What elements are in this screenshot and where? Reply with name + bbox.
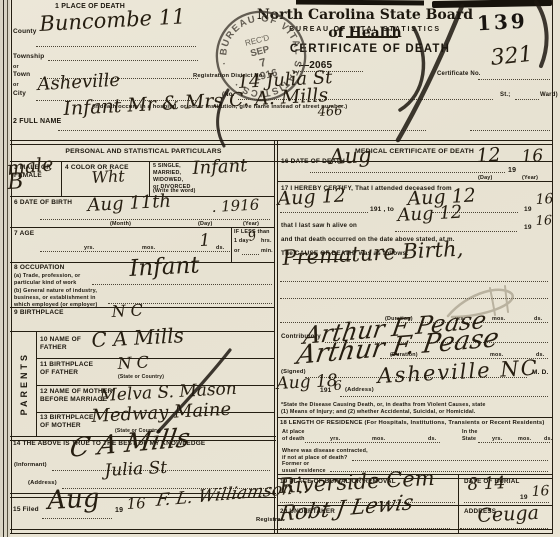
father-name-value: C A Mills bbox=[91, 325, 184, 350]
county-value: Buncombe 11 bbox=[39, 6, 186, 35]
cell-divider bbox=[36, 331, 37, 436]
town-label: Town bbox=[13, 71, 30, 79]
binding-line bbox=[3, 0, 4, 537]
sex-flourish: B bbox=[7, 171, 24, 194]
signed-date-year: 6 bbox=[333, 380, 342, 393]
at-place-label: At place of death bbox=[282, 429, 305, 443]
parents-label-text: PARENTS bbox=[19, 352, 29, 415]
city-label: City bbox=[13, 90, 26, 98]
dotted-line bbox=[310, 172, 505, 173]
residence-label: 18 LENGTH OF RESIDENCE (For Hospitals, I… bbox=[280, 420, 552, 428]
or-label: or bbox=[234, 248, 240, 255]
informant-label: (Informant) bbox=[14, 462, 47, 470]
attended-from-value: Aug 12 bbox=[277, 186, 346, 209]
address-label: (Address) bbox=[345, 387, 374, 395]
marital-label: 5 SINGLE, MARRIED, WIDOWED, or DIVORCED bbox=[153, 163, 191, 191]
dotted-line bbox=[460, 528, 548, 529]
medical-section-header: MEDICAL CERTIFICATE OF DEATH bbox=[276, 148, 553, 157]
st-label: St.; bbox=[500, 92, 510, 100]
dotted-line bbox=[42, 518, 112, 519]
form-bottom-border bbox=[10, 529, 553, 534]
section-divider bbox=[10, 140, 553, 145]
printed-19: 19 bbox=[524, 206, 532, 214]
printed-19: 19 bbox=[508, 166, 516, 175]
binding-line bbox=[7, 0, 8, 537]
date-of-death-month: Aug bbox=[329, 145, 372, 168]
burial-date-value: 8 14 bbox=[467, 475, 506, 494]
mother-birthplace-value: Medway Maine bbox=[91, 401, 232, 426]
occupation-value: Infant bbox=[129, 254, 200, 281]
last-saw-label: that I last saw h alive on bbox=[281, 222, 357, 230]
cell-divider bbox=[458, 474, 459, 533]
dotted-line bbox=[515, 99, 539, 100]
filed-year-value: 16 bbox=[126, 496, 146, 512]
dotted-line bbox=[280, 298, 548, 299]
city-value: Asheville bbox=[37, 72, 120, 94]
page-number-stamp: 139 bbox=[476, 9, 528, 36]
informant-address-value: Julia St bbox=[104, 460, 167, 480]
father-name-label: 10 NAME OF FATHER bbox=[40, 336, 81, 353]
dotted-line bbox=[478, 79, 550, 80]
dob-year-value: . 1916 bbox=[211, 198, 259, 215]
dotted-line bbox=[478, 442, 550, 443]
father-birthplace-value: N C bbox=[117, 354, 149, 372]
printed-191: 191 bbox=[320, 387, 331, 395]
certificate-no-label: Certificate No. bbox=[437, 71, 481, 79]
physician-address-value: Asheville NC bbox=[377, 358, 539, 387]
mother-birthplace-label: 13 BIRTHPLACE OF MOTHER bbox=[40, 414, 94, 431]
cell-divider bbox=[231, 227, 232, 262]
form-right-border bbox=[552, 0, 553, 533]
binding-edge bbox=[0, 0, 10, 537]
dotted-line bbox=[280, 528, 450, 529]
ds-label: ds. bbox=[216, 245, 224, 252]
ward-label: Ward) bbox=[540, 92, 558, 100]
dob-value: Aug 11th bbox=[87, 193, 171, 215]
dotted-line bbox=[40, 219, 270, 220]
last-saw-year: 16 bbox=[535, 214, 552, 228]
dotted-line bbox=[36, 46, 196, 47]
hrs-label: hrs. bbox=[261, 238, 272, 245]
mos-label: mos. bbox=[142, 245, 155, 252]
date-of-death-day: 12 bbox=[476, 146, 501, 166]
township-label: Township bbox=[13, 53, 44, 61]
race-value: Wht bbox=[91, 168, 125, 186]
full-name-number: 466 bbox=[317, 105, 342, 119]
dotted-line bbox=[395, 231, 517, 232]
or-label: or bbox=[13, 82, 19, 89]
attended-to-year: 16 bbox=[535, 192, 554, 207]
column-divider bbox=[274, 140, 275, 533]
certificate-no-value: 321 bbox=[490, 44, 534, 70]
dob-label: 6 DATE OF BIRTH bbox=[14, 199, 72, 207]
occupation-label: 8 OCCUPATION bbox=[14, 264, 65, 272]
grid-line bbox=[36, 358, 275, 359]
grid-line bbox=[277, 181, 553, 182]
dotted-line bbox=[280, 212, 368, 213]
undertaker-address-value: Ceuga bbox=[477, 504, 539, 526]
date-of-death-year: 16 bbox=[521, 148, 544, 166]
parents-label: PARENTS bbox=[12, 331, 36, 436]
age-label: 7 AGE bbox=[14, 230, 34, 238]
dotted-line bbox=[242, 254, 259, 255]
dotted-line bbox=[340, 396, 548, 397]
last-saw-value: Aug 12 bbox=[397, 204, 463, 225]
county-label: County bbox=[13, 28, 37, 36]
occupation-a-label: (a) Trade, profession, or particular kin… bbox=[14, 273, 80, 287]
marital-value: Infant bbox=[192, 157, 248, 178]
filed-19-label: 19 bbox=[115, 506, 123, 515]
dotted-line bbox=[58, 130, 426, 131]
cause-note-line2: (1) Means of Injury; and (2) whether Acc… bbox=[281, 409, 551, 416]
full-name-label: 2 FULL NAME bbox=[13, 117, 61, 126]
dotted-line bbox=[305, 442, 440, 443]
printed-19: 19 bbox=[524, 224, 532, 232]
burial-year-value: 16 bbox=[531, 484, 550, 499]
bureau-subtitle: BUREAU OF VITAL STATISTICS bbox=[285, 25, 445, 34]
dotted-line bbox=[48, 60, 198, 61]
grid-line bbox=[277, 417, 553, 418]
grid-line bbox=[10, 227, 275, 228]
birthplace-value: N C bbox=[111, 302, 143, 320]
filed-label: 15 Filed bbox=[13, 506, 39, 514]
dotted-line bbox=[470, 130, 550, 131]
cell-divider bbox=[61, 161, 62, 196]
dotted-line bbox=[352, 460, 548, 461]
yrs-label: yrs. bbox=[84, 245, 94, 252]
stamp-day: 7 bbox=[258, 57, 267, 70]
occupation-b-label: (b) General nature of industry, business… bbox=[14, 288, 97, 309]
in-state-label: In the State bbox=[462, 429, 478, 443]
death-certificate-scan: North Carolina State Board of Health BUR… bbox=[0, 0, 560, 537]
min-label: min. bbox=[261, 248, 273, 255]
birthplace-label: 9 BIRTHPLACE bbox=[14, 309, 64, 317]
dotted-line bbox=[40, 251, 230, 252]
filed-month-value: Aug bbox=[47, 485, 100, 514]
printed-191-to: 191 , to bbox=[370, 206, 394, 214]
or-label: or bbox=[13, 64, 19, 71]
cut-off-stamp bbox=[296, 0, 424, 5]
father-birthplace-label: 11 BIRTHPLACE OF FATHER bbox=[40, 361, 93, 378]
cause-note-line1: *State the Disease Causing Death, or, in… bbox=[281, 402, 551, 409]
dotted-line bbox=[92, 284, 272, 285]
age-days-value: 1 bbox=[199, 232, 211, 250]
header-rule bbox=[346, 36, 398, 38]
dotted-line bbox=[280, 281, 548, 282]
state-country-hint: (State or Country) bbox=[118, 374, 164, 381]
one-day-label: 1 day bbox=[234, 238, 249, 245]
form-left-border bbox=[11, 0, 12, 533]
